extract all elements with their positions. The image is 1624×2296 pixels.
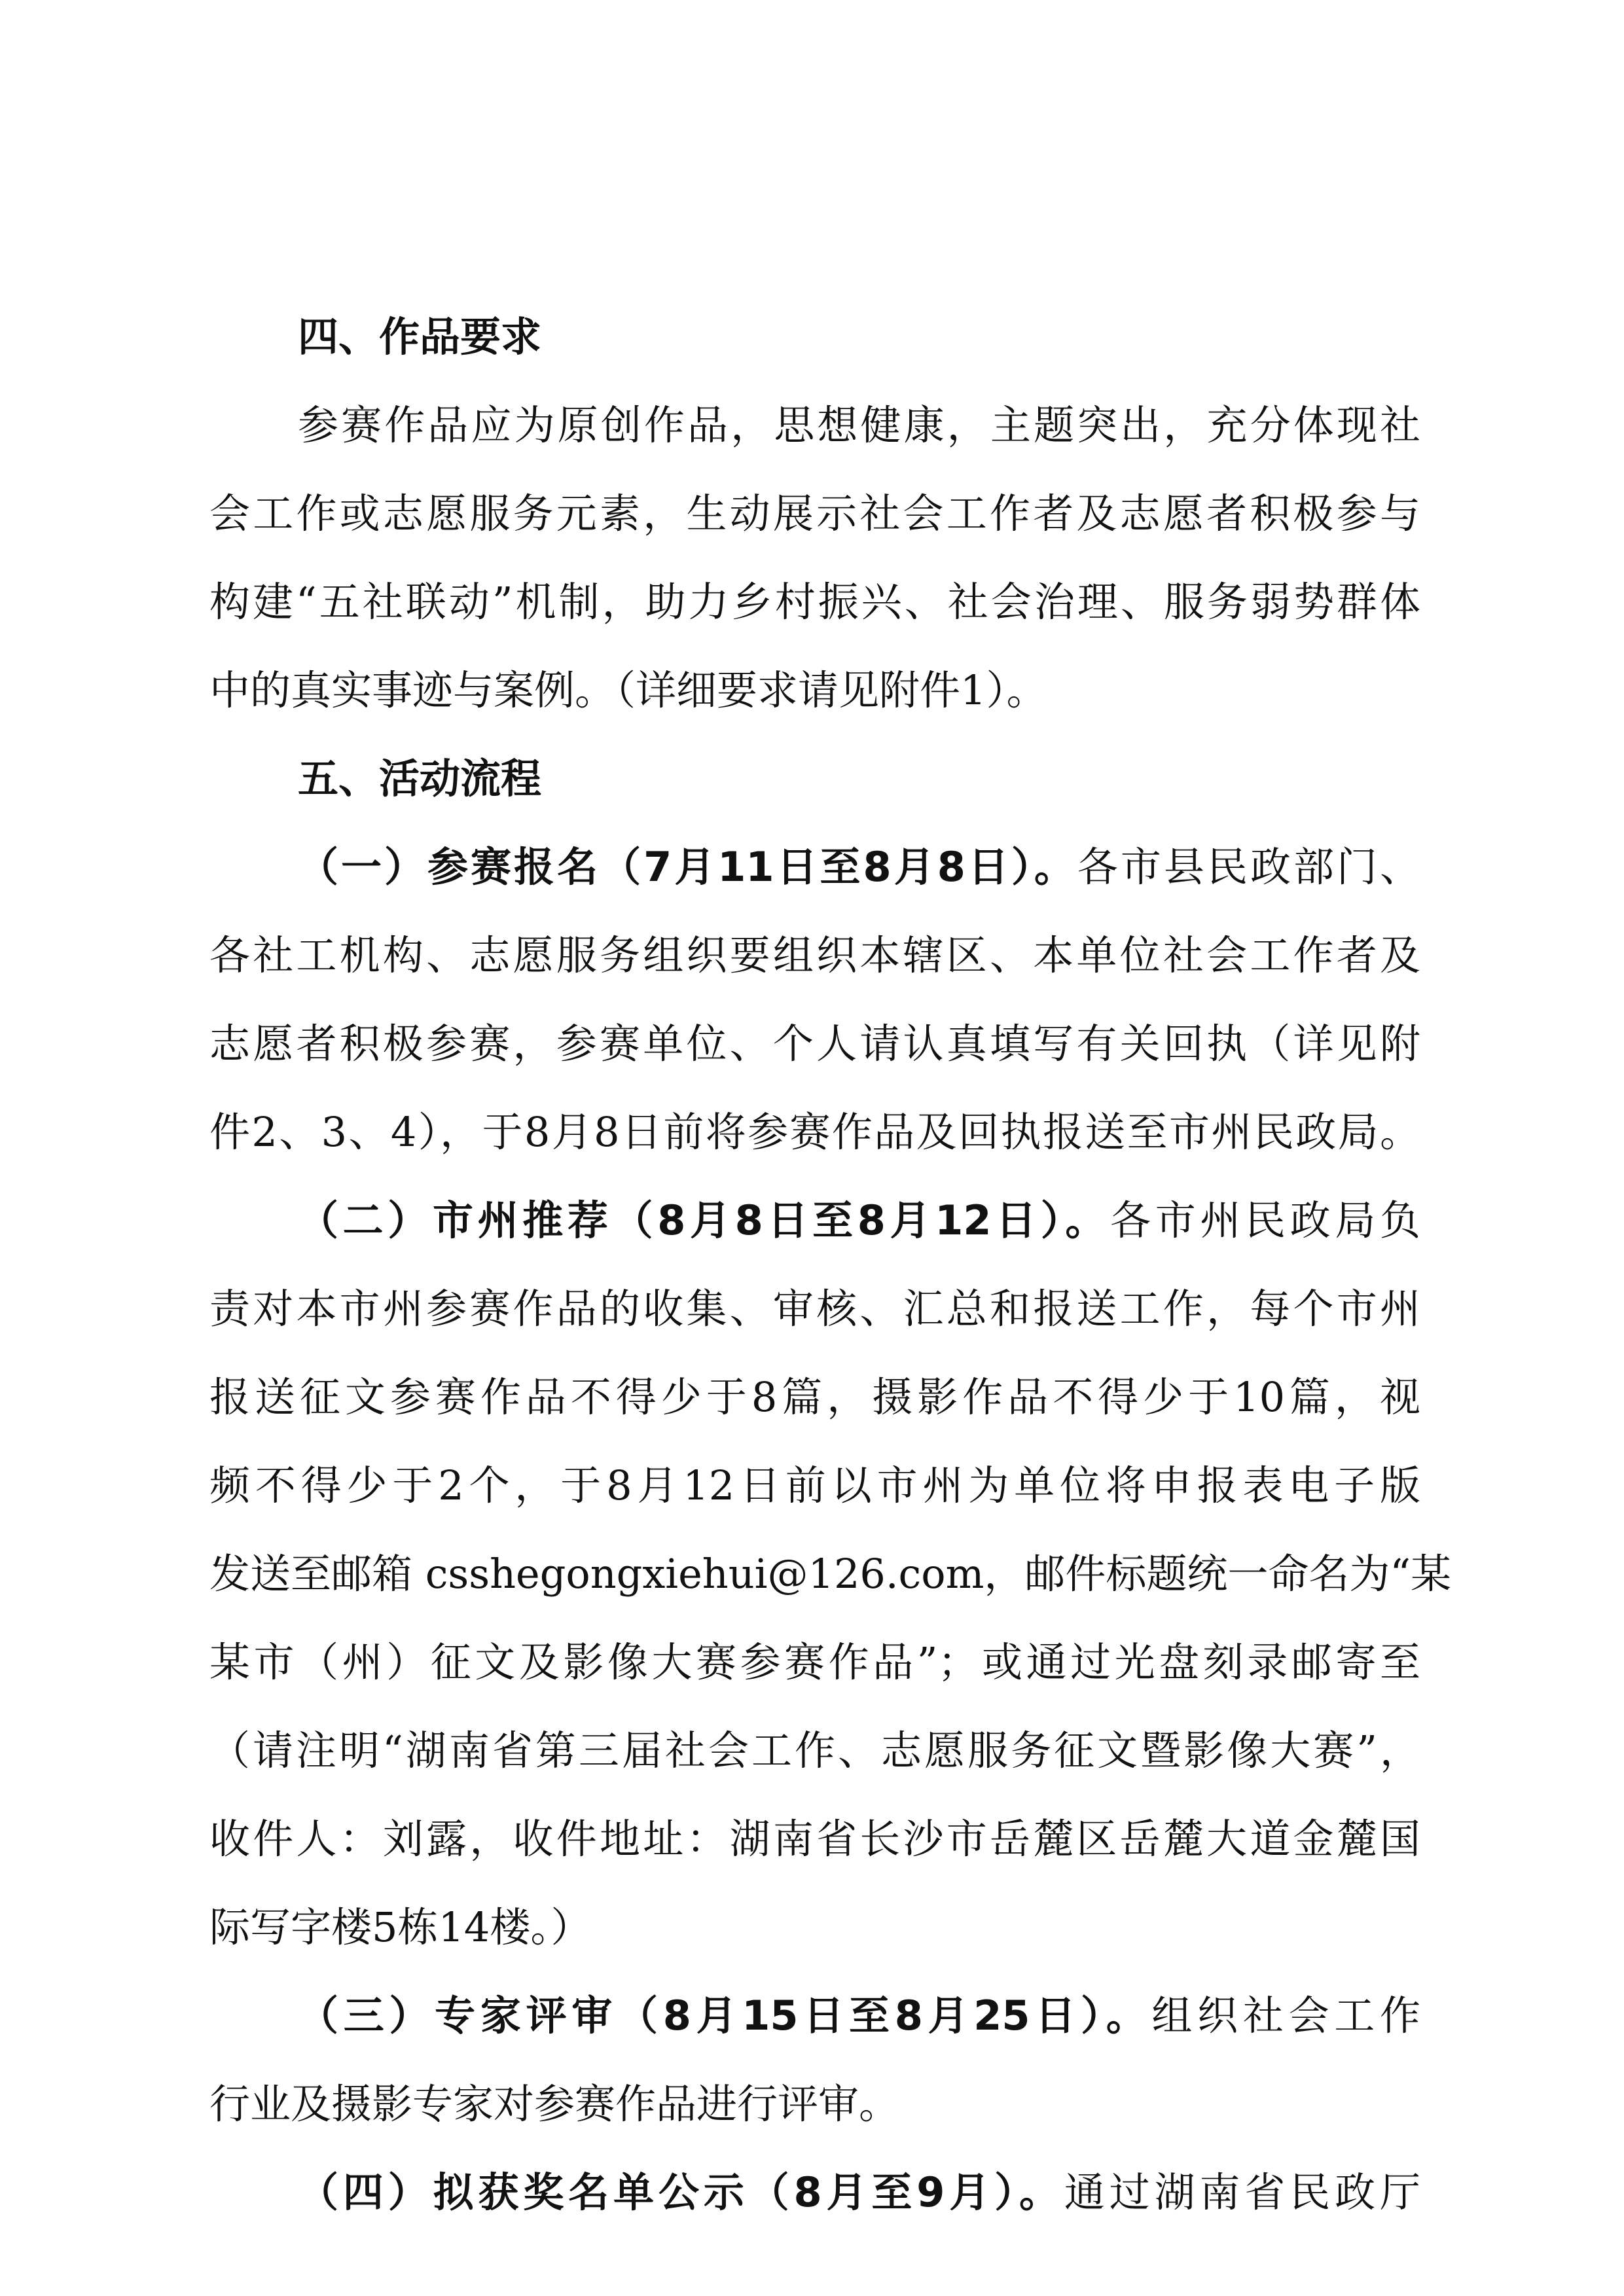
paragraph-line-email: 发送至邮箱 csshegongxiehui@126.com，邮件标题统一命名为“… [209, 1545, 1420, 1604]
paragraph-line: 责对本市州参赛作品的收集、审核、汇总和报送工作，每个市州 [209, 1280, 1420, 1338]
paragraph-line: 行业及摄影专家对参赛作品进行评审。 [209, 2075, 1420, 2134]
item-title-recommendation: （二）市州推荐（8月8日至8月12日）。 [298, 1196, 1110, 1244]
paragraph-line: 际写字楼5栋14楼。） [209, 1898, 1420, 1957]
document-page: 四、作品要求 参赛作品应为原创作品，思想健康，主题突出，充分体现社 会工作或志愿… [0, 0, 1624, 2296]
item-text: 各市州民政局负 [1110, 1196, 1420, 1244]
paragraph-line: （请注明“湖南省第三届社会工作、志愿服务征文暨影像大赛”， [209, 1721, 1420, 1780]
item-expert-review-first-line: （三）专家评审（8月15日至8月25日）。组织社会工作 [298, 1986, 1420, 2045]
paragraph-line: 报送征文参赛作品不得少于8篇，摄影作品不得少于10篇，视 [209, 1368, 1420, 1427]
paragraph-line: 会工作或志愿服务元素，生动展示社会工作者及志愿者积极参与 [209, 484, 1420, 543]
paragraph-line: 构建“五社联动”机制，助力乡村振兴、社会治理、服务弱势群体 [209, 573, 1420, 632]
paragraph-line-address: 收件人：刘露，收件地址：湖南省长沙市岳麓区岳麓大道金麓国 [209, 1810, 1420, 1869]
item-recommendation-first-line: （二）市州推荐（8月8日至8月12日）。各市州民政局负 [298, 1191, 1420, 1250]
item-registration-first-line: （一）参赛报名（7月11日至8月8日）。各市县民政部门、 [298, 838, 1420, 897]
item-text: 通过湖南省民政厅 [1064, 2168, 1420, 2216]
paragraph-line: 中的真实事迹与案例。（详细要求请见附件1）。 [209, 661, 1420, 720]
paragraph-line: 件2、3、4），于8月8日前将参赛作品及回执报送至市州民政局。 [209, 1103, 1420, 1162]
section-heading-work-requirements: 四、作品要求 [298, 308, 1420, 367]
paragraph-line: 志愿者积极参赛，参赛单位、个人请认真填写有关回执（详见附 [209, 1014, 1420, 1073]
item-text: 各市县民政部门、 [1077, 843, 1420, 891]
item-title-expert-review: （三）专家评审（8月15日至8月25日）。 [298, 1992, 1151, 2039]
paragraph-line: 参赛作品应为原创作品，思想健康，主题突出，充分体现社 [298, 396, 1420, 455]
paragraph-line: 某市（州）征文及影像大赛参赛作品”；或通过光盘刻录邮寄至 [209, 1633, 1420, 1692]
item-text: 组织社会工作 [1151, 1992, 1420, 2039]
item-title-award-list: （四）拟获奖名单公示（8月至9月）。 [298, 2168, 1064, 2216]
paragraph-line: 各社工机构、志愿服务组织要组织本辖区、本单位社会工作者及 [209, 926, 1420, 985]
section-heading-activity-process: 五、活动流程 [298, 749, 1420, 808]
paragraph-line: 频不得少于2个，于8月12日前以市州为单位将申报表电子版 [209, 1456, 1420, 1515]
item-title-registration: （一）参赛报名（7月11日至8月8日）。 [298, 843, 1077, 891]
item-award-list-first-line: （四）拟获奖名单公示（8月至9月）。通过湖南省民政厅 [298, 2163, 1420, 2222]
